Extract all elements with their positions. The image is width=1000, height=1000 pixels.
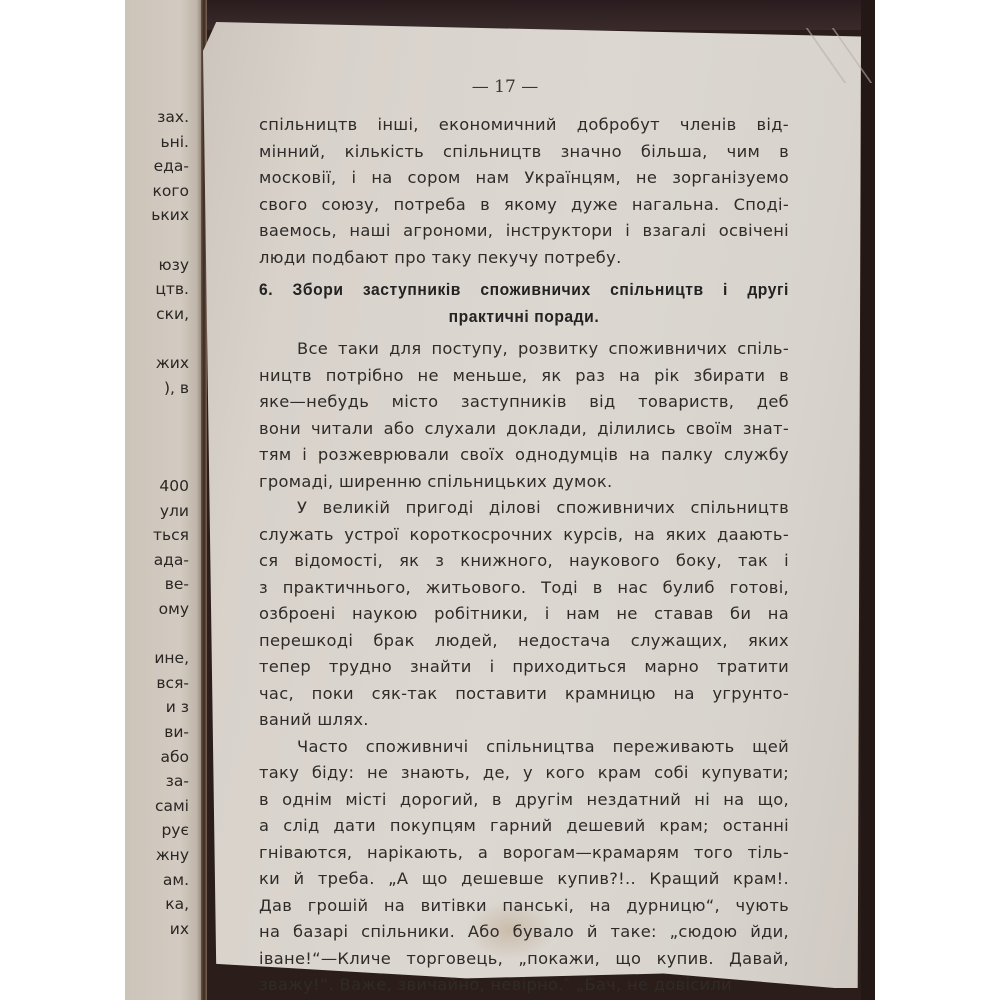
text-line: перешкоді брак людей, недостача служащих…	[259, 628, 789, 655]
page-number: — 17 —	[455, 77, 555, 97]
left-page-fragment: ьні.	[160, 133, 189, 151]
left-page-fragment: або	[160, 748, 189, 766]
left-page-fragment: кого	[153, 182, 189, 200]
text-line: люди подбают про таку пекучу потребу.	[259, 245, 789, 272]
text-line: в однім місті дорогий, в другім нездатни…	[259, 787, 789, 814]
text-line: спільництв інші, економичний добробут чл…	[259, 112, 789, 139]
text-line: з практичнього, житьового. Тоді в нас бу…	[259, 575, 789, 602]
text-line: ництв потрібно не меньше, як раз на рік …	[259, 363, 789, 390]
text-line: ся відомості, як з книжного, наукового б…	[259, 548, 789, 575]
left-page-fragment: ), в	[164, 379, 189, 397]
left-page-fragment: ви-	[164, 723, 189, 741]
left-page-fragment: самі	[155, 797, 189, 815]
left-page-fragment: их	[170, 920, 189, 938]
left-page-fragment: ули	[160, 502, 189, 520]
left-page-fragment: вся-	[156, 674, 189, 692]
text-line: таку біду: не знають, де, у кого крам со…	[259, 760, 789, 787]
text-line: зважу!“. Важе, звичайно, невірно.″ „Бач,…	[259, 972, 789, 999]
text-line: тям і розжеврювали своїх однодумців на п…	[259, 442, 789, 469]
text-line: іване!“—Кличе торговець, „покажи, що куп…	[259, 946, 789, 973]
text-line: гніваются, нарікають, а ворогам—крамарям…	[259, 840, 789, 867]
left-page-fragment: рує	[161, 821, 189, 839]
text-line: яке—небудь місто заступників від товарис…	[259, 389, 789, 416]
left-page-fragment: ада-	[154, 551, 189, 569]
left-page-fragment: ьких	[151, 206, 189, 224]
text-line: громаді, ширенню спільницьких думок.	[259, 469, 789, 496]
section-heading-line: 6. Збори заступників споживничих спільни…	[259, 277, 789, 304]
text-line: свого союзу, потреба в якому дуже нагаль…	[259, 192, 789, 219]
text-line: мінний, кількість спільництв значно біль…	[259, 139, 789, 166]
text-line: служать устрої короткосрочних курсів, на…	[259, 522, 789, 549]
left-page-fragment: цтв.	[155, 280, 189, 298]
text-line: тепер трудно знайти і приходиться марно …	[259, 654, 789, 681]
left-page-fragment: еда-	[154, 157, 189, 175]
text-line: озброені наукою робітники, і нам не став…	[259, 601, 789, 628]
section-heading-line: практичні поради.	[259, 304, 789, 331]
left-page-fragment: 400	[159, 477, 189, 495]
text-line: Все таки для поступу, розвитку споживнич…	[259, 336, 789, 363]
left-page-fragment: ому	[159, 600, 189, 618]
text-line: У великій пригоді ділові споживничих спі…	[259, 495, 789, 522]
text-line: вони читали або слухали доклади, ділилис…	[259, 416, 789, 443]
text-line: ки й треба. „А що дешевше купив?!.. Кращ…	[259, 866, 789, 893]
left-page-fragment: зах.	[157, 108, 189, 126]
text-line: ваемось, наші агрономи, інструктори і вз…	[259, 218, 789, 245]
text-line: на базарі спільники. Або бувало й таке: …	[259, 919, 789, 946]
text-line: московії, і на сором нам Українцям, не з…	[259, 165, 789, 192]
text-line: Часто споживничі спільництва переживають…	[259, 734, 789, 761]
left-page-fragment: и з	[166, 698, 189, 716]
left-page-fragment: жих	[156, 354, 189, 372]
dark-background-right	[861, 0, 875, 1000]
text-line: ваний шлях.	[259, 707, 789, 734]
left-page-fragment: жну	[156, 846, 189, 864]
left-page-fragment: юзу	[159, 256, 189, 274]
left-page-fragment: ине,	[154, 649, 189, 667]
text-line: Дав грошій на витівки панські, на дурниц…	[259, 893, 789, 920]
page-body-text: спільництв інші, економичний добробут чл…	[259, 112, 789, 999]
left-page-fragment: ски,	[156, 305, 189, 323]
left-page-fragment: ве-	[165, 575, 189, 593]
left-page: зах.ьні.еда-когоькихюзуцтв.ски,жих), в40…	[125, 0, 203, 1000]
text-line: а слід дати покупцям гарний дешевий крам…	[259, 813, 789, 840]
left-page-fragment: за-	[166, 772, 189, 790]
left-page-fragment: ться	[153, 526, 189, 544]
book-photo: зах.ьні.еда-когоькихюзуцтв.ски,жих), в40…	[125, 0, 875, 1000]
text-line: час, поки сяк-так поставити крамницю на …	[259, 681, 789, 708]
left-page-fragment: ам.	[163, 871, 189, 889]
left-page-fragment: ка,	[165, 895, 189, 913]
